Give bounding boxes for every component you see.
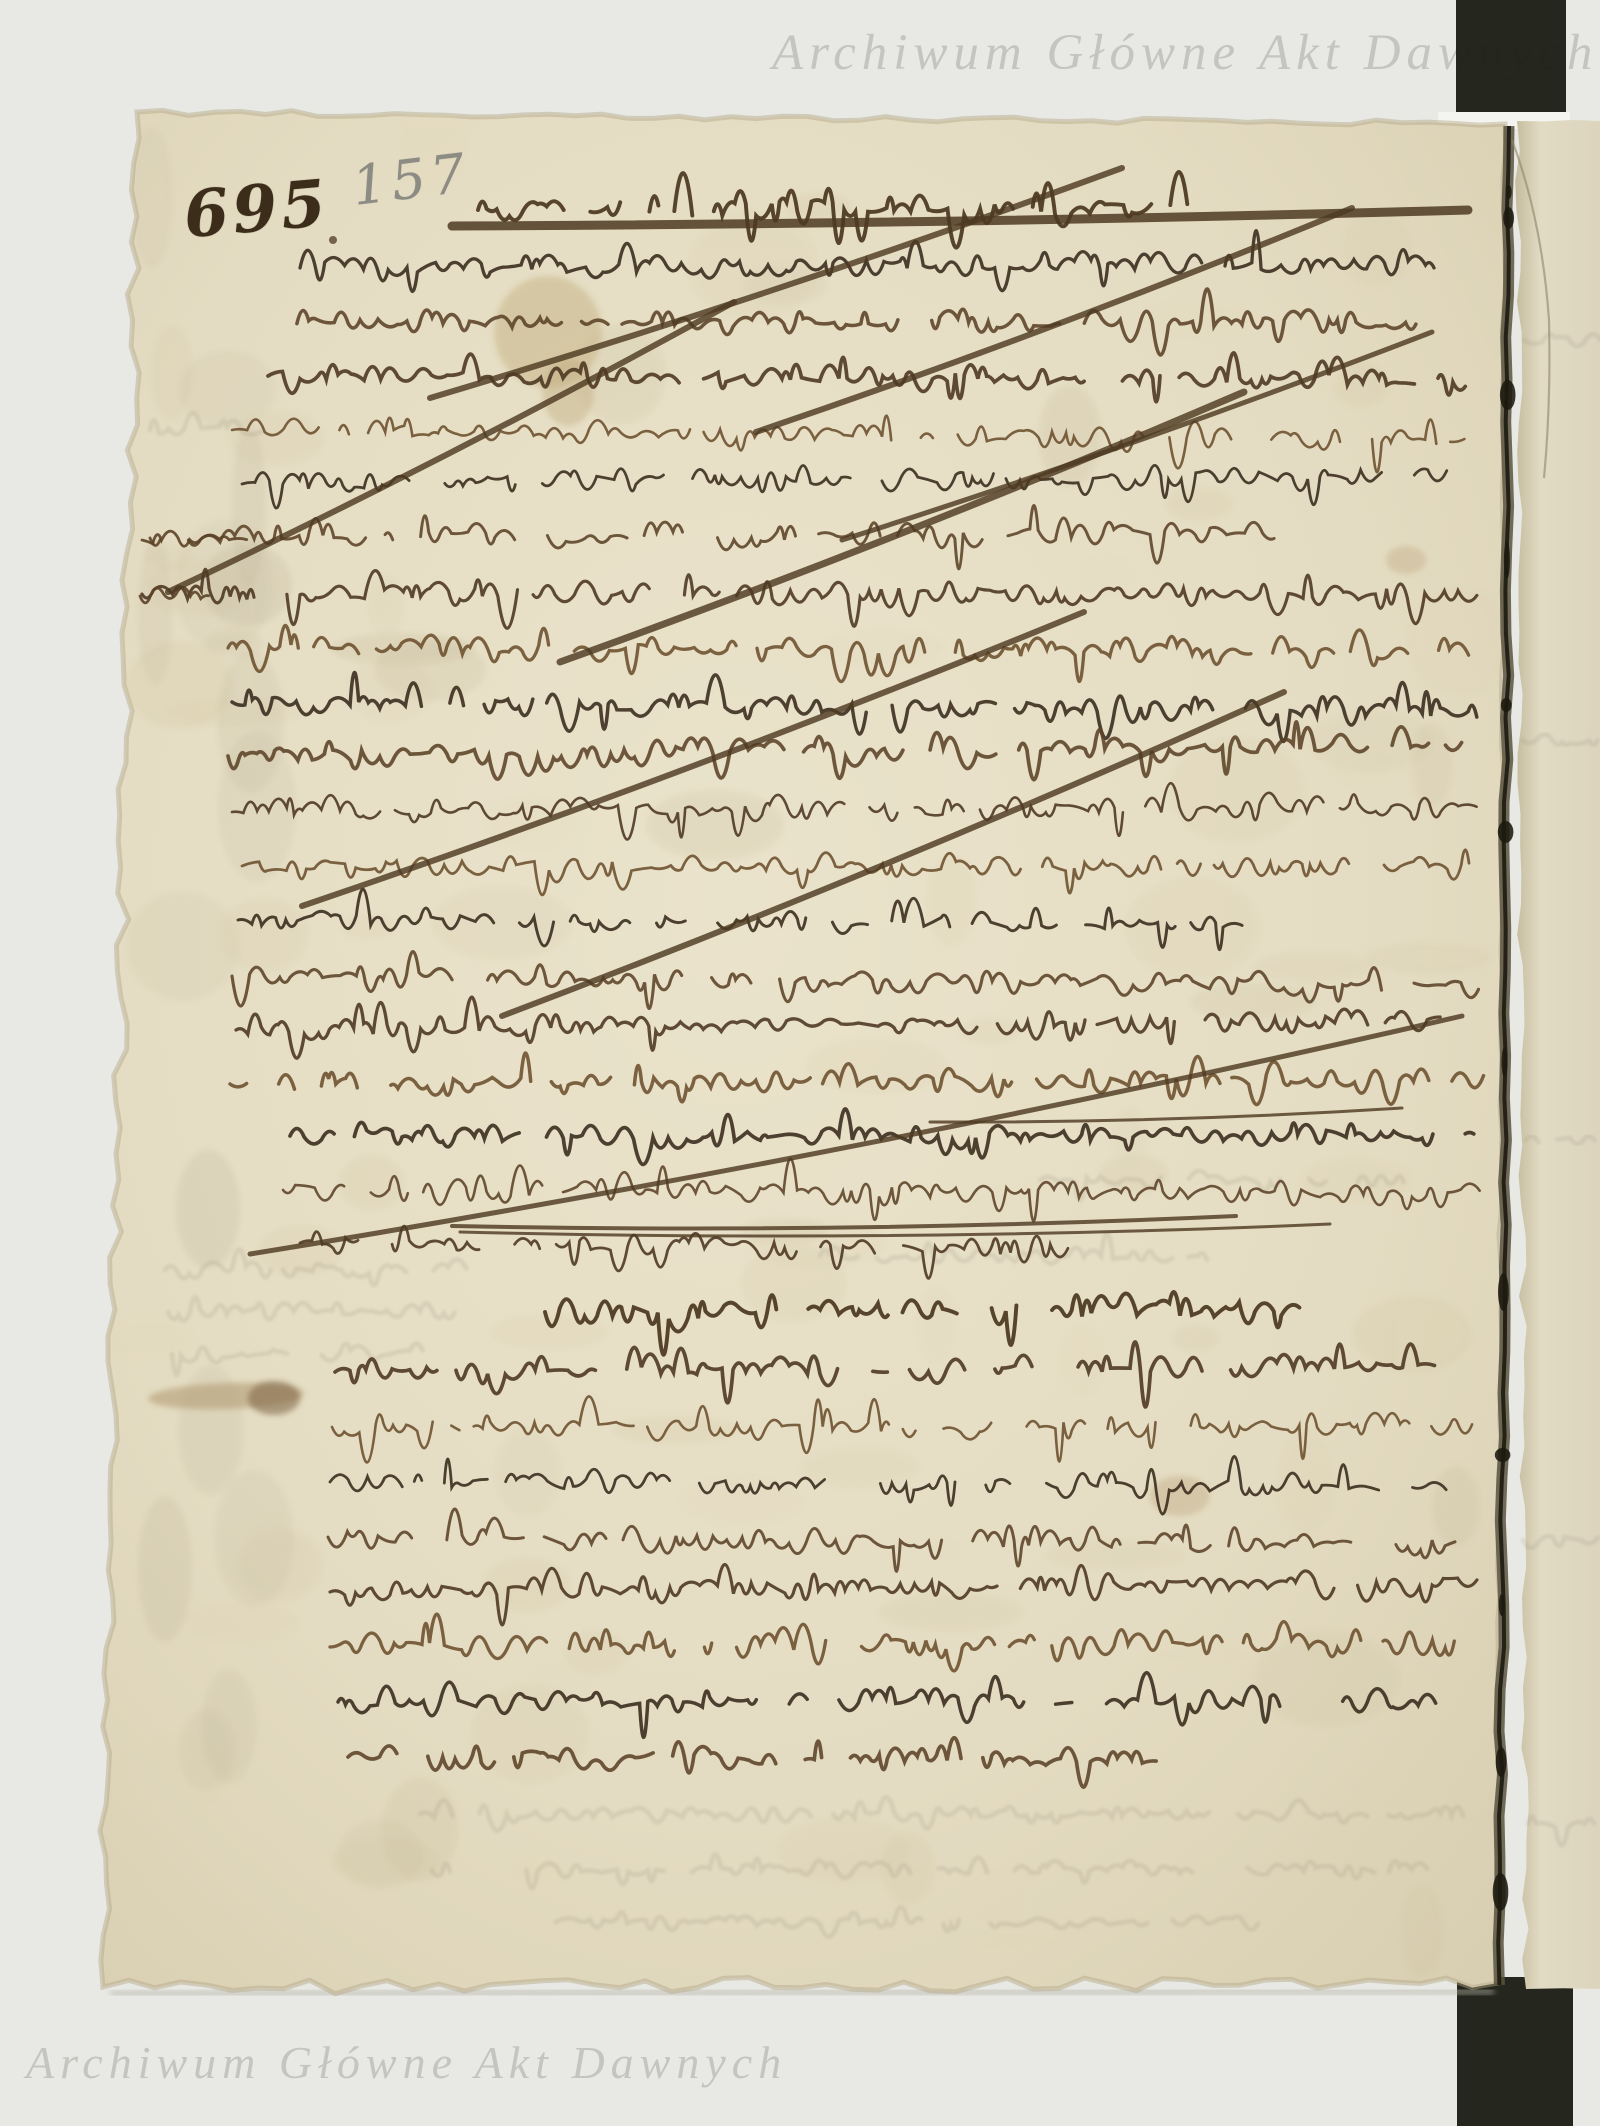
spine-strip-top: [1456, 0, 1566, 122]
gutter-ink-blob: [1498, 821, 1514, 843]
gutter-ink-blob: [1499, 1594, 1505, 1616]
gutter-ink-blob: [1493, 1873, 1509, 1911]
ink-stain: [248, 1381, 300, 1415]
gutter-ink-blob: [1501, 698, 1512, 712]
gutter-ink-blob: [1504, 541, 1510, 579]
spine-strip-bottom: [1457, 1977, 1573, 2126]
gutter-ink-blob: [1503, 207, 1514, 229]
gutter-ink-blob: [1500, 380, 1516, 410]
gutter-ink-blob: [1496, 1747, 1507, 1777]
gutter-ink-blob: [1498, 1273, 1509, 1311]
page-drop-shadow: [110, 1991, 1494, 1994]
manuscript-scan-art: [0, 0, 1600, 2126]
ink-stain: [329, 236, 337, 244]
adjacent-page-edge: [1515, 120, 1600, 1989]
gutter-ink-blob: [1506, 185, 1512, 199]
gutter-ink-blob: [1502, 1047, 1508, 1077]
gutter-ink-blob: [1495, 1448, 1511, 1462]
archival-scan-canvas: Archiwum Główne Akt Dawnych Archiwum Głó…: [0, 0, 1600, 2126]
ink-stain: [1386, 546, 1426, 574]
